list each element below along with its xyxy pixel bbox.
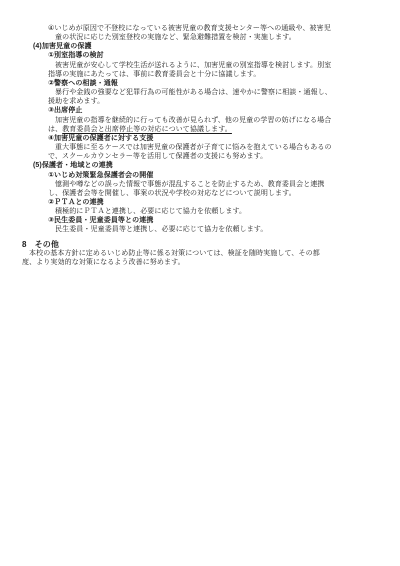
text-segment: し、保護者会等を開催し、事案の状況や学校の対応などについて説明します。 bbox=[48, 190, 296, 197]
document-body: ④いじめが原因で不登校になっている被害児童の教育支援センター等への通級や、被害児… bbox=[0, 24, 400, 267]
text-segment: ④いじめが原因で不登校になっている被害児童の教育支援センター等への通級や、被害児 bbox=[48, 25, 331, 32]
text-segment: ①いじめ対策緊急保護者会の開催 bbox=[48, 172, 153, 179]
document-line: (4)加害児童の保護 bbox=[33, 42, 400, 51]
document-line: 8 その他 bbox=[22, 240, 400, 249]
document-line: (5)保護者・地域との連携 bbox=[33, 161, 400, 170]
document-line: ①別室指導の検討 bbox=[48, 51, 400, 60]
text-segment: 暴行や金銭の強要など犯罪行為の可能性がある場合は、速やかに警察に相談・通報し、 bbox=[55, 89, 332, 96]
text-segment: 加害児童の指導を継続的に行っても改善が見られず、他の児童の学習の妨げになる場合 bbox=[55, 117, 331, 124]
document-line: ④加害児童の保護者に対する支援 bbox=[48, 134, 400, 143]
document-line: 重大事態に至るケースでは加害児童の保護者が子育てに悩みを抱えている場合もあるの bbox=[55, 143, 400, 152]
document-line: ④いじめが原因で不登校になっている被害児童の教育支援センター等への通級や、被害児 bbox=[48, 24, 400, 33]
document-line: 暴行や金銭の強要など犯罪行為の可能性がある場合は、速やかに警察に相談・通報し、 bbox=[55, 88, 400, 97]
document-line: は、教育委員会と出席停止等の対応について協議します。 bbox=[48, 125, 400, 134]
document-line: 童の状況に応じた別室登校の実施など、緊急避難措置を検討・実施します。 bbox=[55, 33, 400, 42]
underlined-text: 教育委員会と出席停止等の対応について協議します。 bbox=[62, 126, 232, 133]
text-segment: 被害児童が安心して学校生活が送れるように、加害児童の別室指導を検討します。別室 bbox=[55, 62, 331, 69]
document-line: 憶測や噂などの誤った情報で事態が混乱することを防止するため、教育委員会と連携 bbox=[55, 180, 400, 189]
text-segment: は、 bbox=[48, 126, 62, 133]
document-line: 指導の実施にあたっては、事前に教育委員会と十分に協議します。 bbox=[48, 70, 400, 79]
text-segment: 指導の実施にあたっては、事前に教育委員会と十分に協議します。 bbox=[48, 71, 260, 78]
document-line: 積極的にＰＴＡと連携し、必要に応じて協力を依頼します。 bbox=[55, 207, 400, 216]
text-segment: 民生委員・児童委員等と連携し、必要に応じて協力を依頼します。 bbox=[55, 226, 267, 233]
text-segment: 重大事態に至るケースでは加害児童の保護者が子育てに悩みを抱えている場合もあるの bbox=[55, 144, 332, 151]
text-segment: 援助を求めます。 bbox=[48, 98, 104, 105]
text-segment: 度、より実効的な対策になるよう改善に努めます。 bbox=[22, 259, 185, 266]
text-segment: 8 その他 bbox=[22, 240, 59, 249]
text-segment: で、スクールカウンセラー等を活用して保護者の支援にも努めます。 bbox=[48, 153, 267, 160]
text-segment: ③民生委員・児童委員等との連携 bbox=[48, 217, 153, 224]
document-line: 加害児童の指導を継続的に行っても改善が見られず、他の児童の学習の妨げになる場合 bbox=[55, 116, 400, 125]
document-line: ②警察への相談・通報 bbox=[48, 79, 400, 88]
document-line: で、スクールカウンセラー等を活用して保護者の支援にも努めます。 bbox=[48, 152, 400, 161]
document-line: し、保護者会等を開催し、事案の状況や学校の対応などについて説明します。 bbox=[48, 189, 400, 198]
text-segment: ②ＰＴＡとの連携 bbox=[48, 199, 104, 206]
document-line: 援助を求めます。 bbox=[48, 97, 400, 106]
document-line: 被害児童が安心して学校生活が送れるように、加害児童の別室指導を検討します。別室 bbox=[55, 61, 400, 70]
text-segment: ④加害児童の保護者に対する支援 bbox=[48, 135, 153, 142]
text-segment: ②警察への相談・通報 bbox=[48, 80, 118, 87]
text-segment: 積極的にＰＴＡと連携し、必要に応じて協力を依頼します。 bbox=[55, 208, 246, 215]
document-line: 本校の基本方針に定めるいじめ防止等に係る対策については、検証を随時実施して、その… bbox=[29, 249, 400, 258]
text-segment: ③出席停止 bbox=[48, 107, 82, 114]
text-segment: (4)加害児童の保護 bbox=[33, 43, 92, 50]
document-line: ③民生委員・児童委員等との連携 bbox=[48, 216, 400, 225]
document-line: ②ＰＴＡとの連携 bbox=[48, 198, 400, 207]
text-segment: 憶測や噂などの誤った情報で事態が混乱することを防止するため、教育委員会と連携 bbox=[55, 181, 325, 188]
document-line: 度、より実効的な対策になるよう改善に努めます。 bbox=[22, 258, 400, 267]
document-page: ④いじめが原因で不登校になっている被害児童の教育支援センター等への通級や、被害児… bbox=[0, 0, 400, 566]
document-line: ③出席停止 bbox=[48, 106, 400, 115]
document-line: ①いじめ対策緊急保護者会の開催 bbox=[48, 171, 400, 180]
text-segment: (5)保護者・地域との連携 bbox=[33, 162, 113, 169]
text-segment: ①別室指導の検討 bbox=[48, 52, 104, 59]
text-segment: 本校の基本方針に定めるいじめ防止等に係る対策については、検証を随時実施して、その… bbox=[29, 250, 320, 257]
text-segment: 童の状況に応じた別室登校の実施など、緊急避難措置を検討・実施します。 bbox=[55, 34, 296, 41]
document-line: 民生委員・児童委員等と連携し、必要に応じて協力を依頼します。 bbox=[55, 225, 400, 234]
